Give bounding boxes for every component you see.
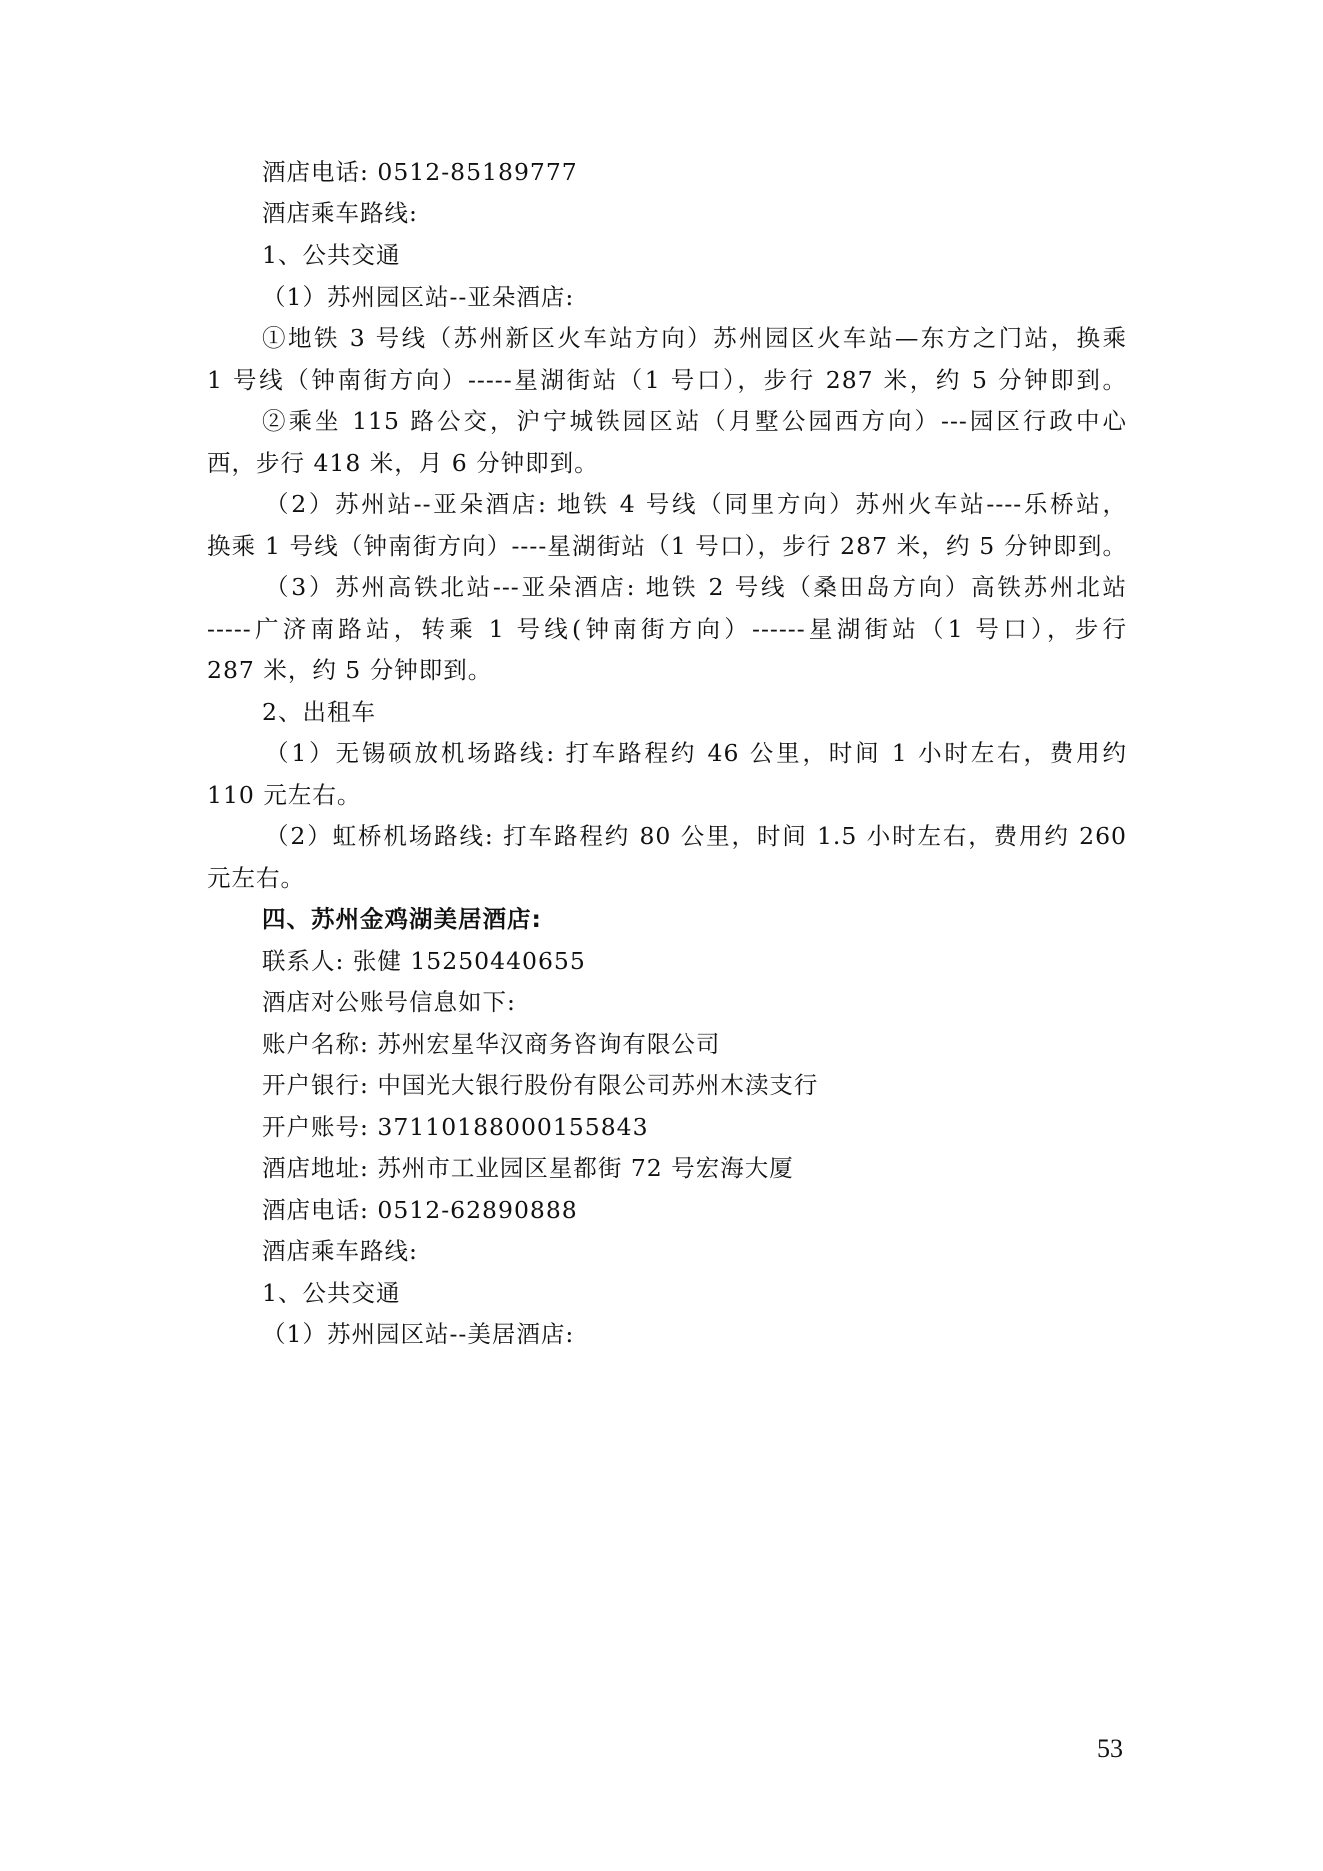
account-name-line: 账户名称: 苏州宏星华汉商务咨询有限公司 xyxy=(262,1029,1127,1059)
taxi-wuxi-line: （1）无锡硕放机场路线: 打车路程约 46 公里，时间 1 小时左右，费用约 xyxy=(265,738,1127,768)
hotel-route-heading-2: 酒店乘车路线: xyxy=(262,1236,1127,1266)
page-number: 53 xyxy=(1097,1734,1123,1764)
route-2-line-cont: 换乘 1 号线（钟南街方向）----星湖街站（1 号口），步行 287 米，约 … xyxy=(207,531,1127,561)
route-3-line: （3）苏州高铁北站---亚朵酒店: 地铁 2 号线（桑田岛方向）高铁苏州北站 xyxy=(265,572,1127,602)
account-number-line: 开户账号: 37110188000155843 xyxy=(262,1112,1127,1142)
bank-line: 开户银行: 中国光大银行股份有限公司苏州木渎支行 xyxy=(262,1070,1127,1100)
hotel-phone-line: 酒店电话: 0512-85189777 xyxy=(262,157,1127,187)
taxi-hongqiao-line-cont: 元左右。 xyxy=(207,863,1127,893)
public-transit-heading-2: 1、公共交通 xyxy=(262,1278,1127,1308)
taxi-wuxi-line-cont: 110 元左右。 xyxy=(207,780,1127,810)
route-1-bus-line-cont: 西，步行 418 米，月 6 分钟即到。 xyxy=(207,448,1127,478)
route-1-heading: （1）苏州园区站--亚朵酒店: xyxy=(262,282,1182,312)
document-page: 酒店电话: 0512-85189777 酒店乘车路线: 1、公共交通 （1）苏州… xyxy=(0,0,1323,1871)
route-1-metro-line: ①地铁 3 号线（苏州新区火车站方向）苏州园区火车站—东方之门站，换乘 xyxy=(262,323,1127,353)
route-3-line-cont: -----广济南路站，转乘 1 号线(钟南街方向）------星湖街站（1 号口… xyxy=(207,614,1127,644)
hotel-route-heading: 酒店乘车路线: xyxy=(262,198,1127,228)
route-1-bus-line: ②乘坐 115 路公交，沪宁城铁园区站（月墅公园西方向）---园区行政中心 xyxy=(262,406,1127,436)
taxi-heading: 2、出租车 xyxy=(262,697,1127,727)
account-info-heading: 酒店对公账号信息如下: xyxy=(262,987,1127,1017)
hotel-address-line: 酒店地址: 苏州市工业园区星都街 72 号宏海大厦 xyxy=(262,1153,1127,1183)
route-2-line: （2）苏州站--亚朵酒店: 地铁 4 号线（同里方向）苏州火车站----乐桥站， xyxy=(265,489,1127,519)
hotel-phone-line-2: 酒店电话: 0512-62890888 xyxy=(262,1195,1127,1225)
section-4-heading: 四、苏州金鸡湖美居酒店: xyxy=(262,904,1127,934)
route-1-heading-2: （1）苏州园区站--美居酒店: xyxy=(262,1319,1182,1349)
contact-line: 联系人: 张健 15250440655 xyxy=(262,946,1127,976)
route-1-metro-line-cont: 1 号线（钟南街方向）-----星湖街站（1 号口），步行 287 米，约 5 … xyxy=(207,365,1127,395)
taxi-hongqiao-line: （2）虹桥机场路线: 打车路程约 80 公里，时间 1.5 小时左右，费用约 2… xyxy=(265,821,1127,851)
route-3-line-end: 287 米，约 5 分钟即到。 xyxy=(207,655,1127,685)
public-transit-heading: 1、公共交通 xyxy=(262,240,1127,270)
